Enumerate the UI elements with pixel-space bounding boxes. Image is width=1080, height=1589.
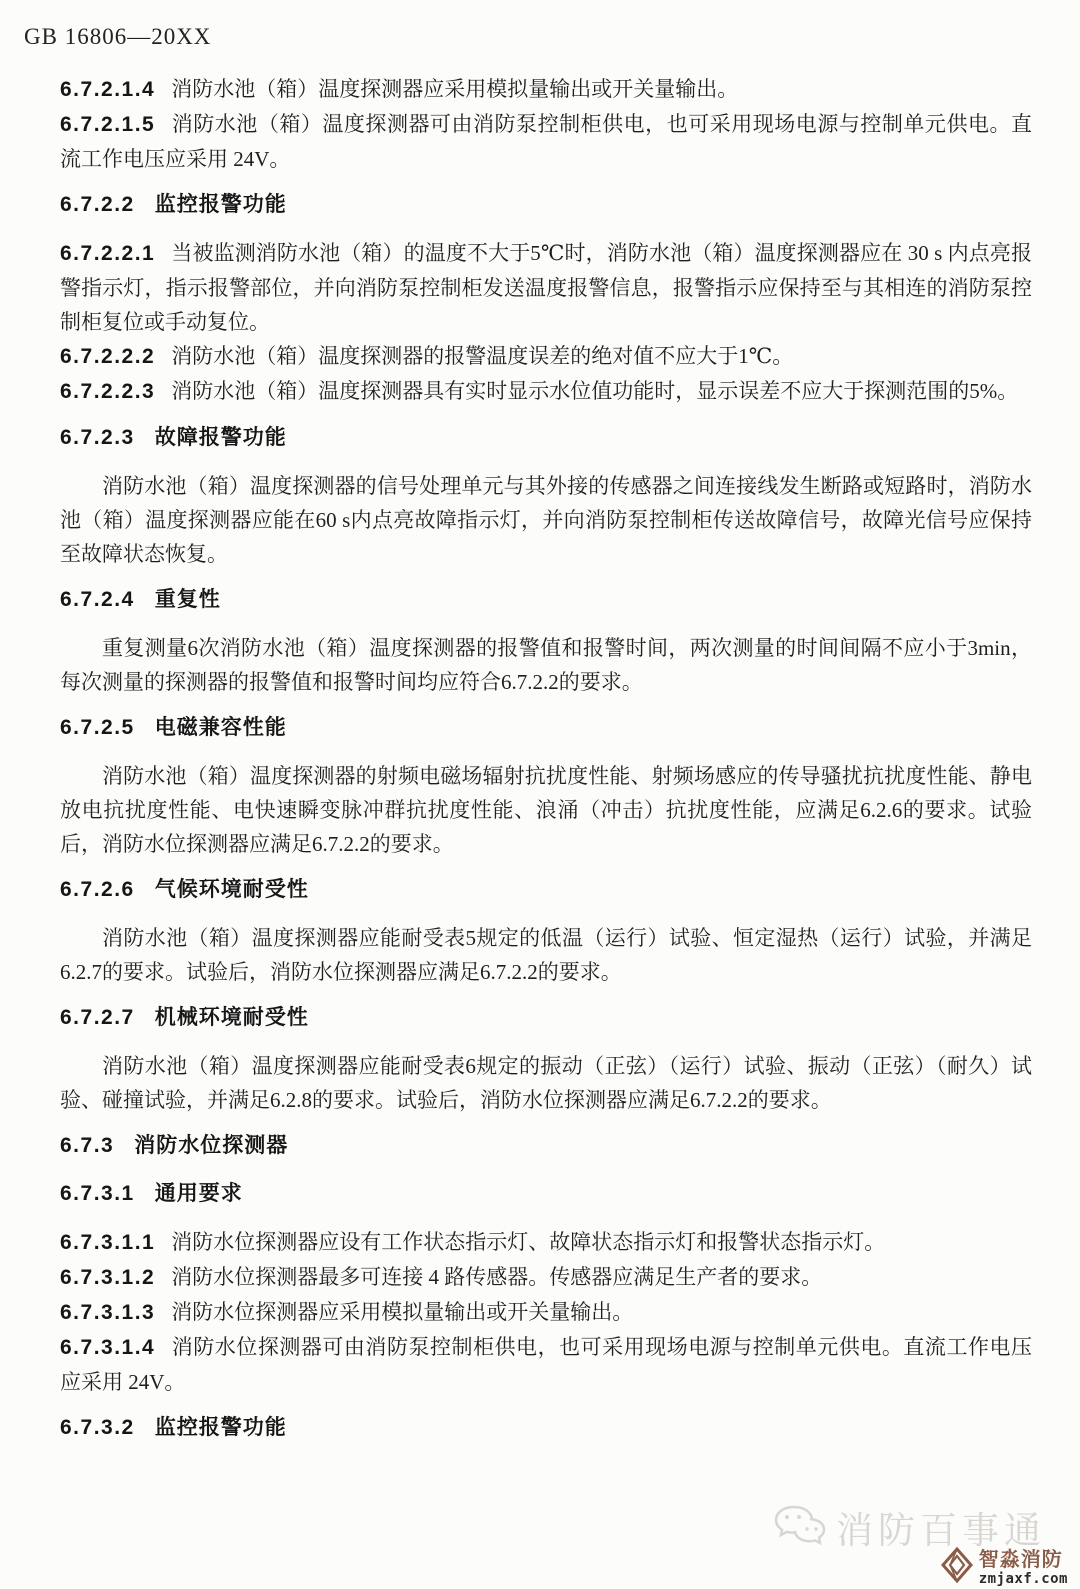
- heading-title: 重复性: [155, 588, 221, 611]
- clause-number: 6.7.2.2.3: [60, 380, 155, 403]
- clause: 6.7.2.1.4消防水池（箱）温度探测器应采用模拟量输出或开关量输出。: [60, 72, 1032, 107]
- clause-number: 6.7.2.3: [60, 426, 135, 449]
- clause-number: 6.7.2.1.4: [60, 78, 155, 101]
- logo-url: zmjaxf.com: [979, 1572, 1068, 1586]
- clause: 6.7.2.1.5消防水池（箱）温度探测器可由消防泵控制柜供电，也可采用现场电源…: [60, 107, 1032, 176]
- paragraph: 重复测量6次消防水池（箱）温度探测器的报警值和报警时间，两次测量的时间间隔不应小…: [60, 631, 1032, 699]
- clause-number: 6.7.3.1.4: [60, 1336, 155, 1359]
- paragraph: 消防水池（箱）温度探测器的射频电磁场辐射抗扰度性能、射频场感应的传导骚扰抗扰度性…: [60, 759, 1032, 861]
- clause-number: 6.7.2.2: [60, 193, 135, 216]
- heading-title: 电磁兼容性能: [155, 716, 287, 739]
- section-heading: 6.7.2.6气候环境耐受性: [60, 873, 1032, 907]
- clause-text: 消防水池（箱）温度探测器应能耐受表6规定的振动（正弦）（运行）试验、振动（正弦）…: [60, 1054, 1032, 1112]
- clause-number: 6.7.2.4: [60, 588, 135, 611]
- clause-number: 6.7.2.2.1: [60, 242, 155, 265]
- section-heading: 6.7.2.5电磁兼容性能: [60, 711, 1032, 745]
- diamond-logo-icon: [940, 1546, 974, 1589]
- section-heading: 6.7.3消防水位探测器: [60, 1129, 1032, 1163]
- clause-text: 消防水池（箱）温度探测器应采用模拟量输出或开关量输出。: [171, 77, 738, 101]
- page-header: GB 16806—20XX: [24, 24, 211, 50]
- section-heading: 6.7.3.1通用要求: [60, 1177, 1032, 1211]
- logo-name: 智淼消防: [979, 1550, 1068, 1570]
- clause-text: 消防水位探测器可由消防泵控制柜供电，也可采用现场电源与控制单元供电。直流工作电压…: [60, 1335, 1032, 1394]
- clause-number: 6.7.2.1.5: [60, 113, 155, 136]
- clause-number: 6.7.3.2: [60, 1416, 135, 1439]
- heading-title: 监控报警功能: [155, 193, 287, 216]
- site-logo: 智淼消防 zmjaxf.com: [940, 1546, 1068, 1589]
- clause-number: 6.7.2.7: [60, 1006, 135, 1029]
- clause-number: 6.7.2.2.2: [60, 345, 155, 368]
- clause-text: 消防水池（箱）温度探测器的信号处理单元与其外接的传感器之间连接线发生断路或短路时…: [60, 474, 1032, 566]
- heading-title: 故障报警功能: [155, 426, 287, 449]
- clause-text: 当被监测消防水池（箱）的温度不大于5℃时，消防水池（箱）温度探测器应在 30 s…: [60, 241, 1032, 334]
- content: 6.7.2.1.4消防水池（箱）温度探测器应采用模拟量输出或开关量输出。6.7.…: [60, 72, 1032, 1459]
- heading-title: 气候环境耐受性: [155, 878, 309, 901]
- clause-text: 消防水位探测器应采用模拟量输出或开关量输出。: [171, 1300, 633, 1324]
- section-heading: 6.7.2.2监控报警功能: [60, 188, 1032, 222]
- clause-number: 6.7.3.1: [60, 1182, 135, 1205]
- section-heading: 6.7.2.4重复性: [60, 583, 1032, 617]
- clause-text: 消防水位探测器最多可连接 4 路传感器。传感器应满足生产者的要求。: [171, 1265, 822, 1289]
- heading-title: 监控报警功能: [155, 1416, 287, 1439]
- clause-number: 6.7.3.1.1: [60, 1231, 155, 1254]
- clause: 6.7.3.1.3消防水位探测器应采用模拟量输出或开关量输出。: [60, 1295, 1032, 1330]
- clause-number: 6.7.3.1.2: [60, 1266, 155, 1289]
- clause-number: 6.7.3: [60, 1134, 114, 1157]
- clause-number: 6.7.2.5: [60, 716, 135, 739]
- clause: 6.7.2.2.2消防水池（箱）温度探测器的报警温度误差的绝对值不应大于1℃。: [60, 339, 1032, 374]
- clause: 6.7.3.1.2消防水位探测器最多可连接 4 路传感器。传感器应满足生产者的要…: [60, 1260, 1032, 1295]
- clause-text: 消防水池（箱）温度探测器的射频电磁场辐射抗扰度性能、射频场感应的传导骚扰抗扰度性…: [60, 764, 1032, 856]
- section-heading: 6.7.2.3故障报警功能: [60, 421, 1032, 455]
- clause-text: 重复测量6次消防水池（箱）温度探测器的报警值和报警时间，两次测量的时间间隔不应小…: [60, 636, 1032, 694]
- heading-title: 消防水位探测器: [134, 1134, 288, 1157]
- clause: 6.7.3.1.4消防水位探测器可由消防泵控制柜供电，也可采用现场电源与控制单元…: [60, 1330, 1032, 1399]
- clause-text: 消防水位探测器应设有工作状态指示灯、故障状态指示灯和报警状态指示灯。: [171, 1230, 885, 1254]
- wechat-chat-bubbles-icon: [774, 1505, 826, 1549]
- paragraph: 消防水池（箱）温度探测器的信号处理单元与其外接的传感器之间连接线发生断路或短路时…: [60, 469, 1032, 571]
- clause-text: 消防水池（箱）温度探测器可由消防泵控制柜供电，也可采用现场电源与控制单元供电。直…: [60, 112, 1032, 171]
- clause: 6.7.2.2.1当被监测消防水池（箱）的温度不大于5℃时，消防水池（箱）温度探…: [60, 236, 1032, 339]
- clause-text: 消防水池（箱）温度探测器具有实时显示水位值功能时，显示误差不应大于探测范围的5%…: [171, 379, 1018, 403]
- clause-number: 6.7.2.6: [60, 878, 135, 901]
- clause-text: 消防水池（箱）温度探测器的报警温度误差的绝对值不应大于1℃。: [171, 344, 793, 368]
- section-heading: 6.7.3.2监控报警功能: [60, 1411, 1032, 1445]
- section-heading: 6.7.2.7机械环境耐受性: [60, 1001, 1032, 1035]
- heading-title: 机械环境耐受性: [155, 1006, 309, 1029]
- clause-text: 消防水池（箱）温度探测器应能耐受表5规定的低温（运行）试验、恒定湿热（运行）试验…: [60, 926, 1032, 984]
- clause: 6.7.2.2.3消防水池（箱）温度探测器具有实时显示水位值功能时，显示误差不应…: [60, 374, 1032, 409]
- clause: 6.7.3.1.1消防水位探测器应设有工作状态指示灯、故障状态指示灯和报警状态指…: [60, 1225, 1032, 1260]
- paragraph: 消防水池（箱）温度探测器应能耐受表6规定的振动（正弦）（运行）试验、振动（正弦）…: [60, 1049, 1032, 1117]
- clause-number: 6.7.3.1.3: [60, 1301, 155, 1324]
- heading-title: 通用要求: [155, 1182, 243, 1205]
- paragraph: 消防水池（箱）温度探测器应能耐受表5规定的低温（运行）试验、恒定湿热（运行）试验…: [60, 921, 1032, 989]
